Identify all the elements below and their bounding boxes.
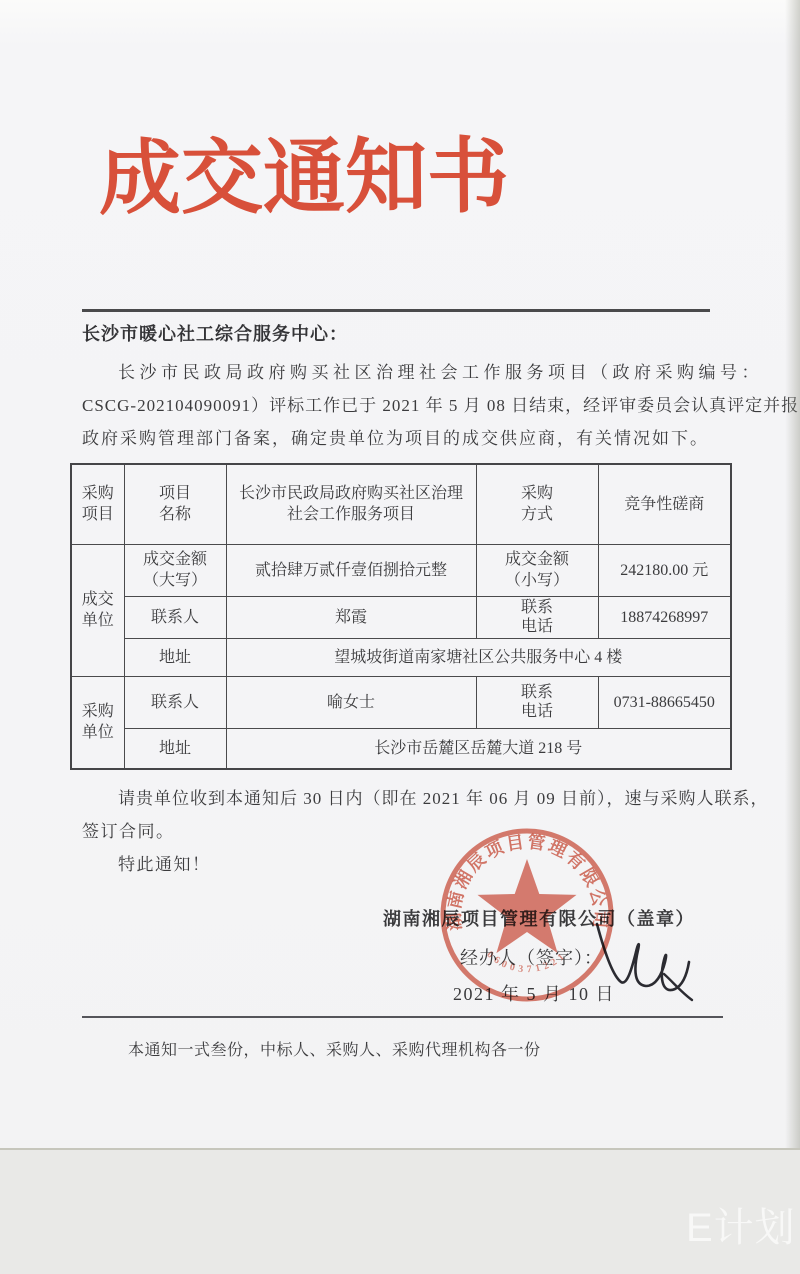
- seal-number-arc-text: 0600371221: [484, 949, 569, 975]
- table-row: 采购 单位 联系人 喻女士 联系 电话 0731-88665450: [71, 676, 731, 728]
- cell-winner-contact-label: 联系人: [124, 596, 226, 638]
- table-row: 采购 项目 项目 名称 长沙市民政局政府购买社区治理 社会工作服务项目 采购 方…: [71, 464, 731, 544]
- cell-purchaser-address-label: 地址: [124, 728, 226, 769]
- cell-purchaser-unit-group: 采购 单位: [71, 676, 124, 769]
- cell-winner-phone-label: 联系 电话: [476, 596, 598, 638]
- addressee-line: 长沙市暖心社工综合服务中心：: [82, 320, 348, 346]
- cell-project-name-label: 项目 名称: [124, 464, 226, 544]
- watermark-text: E计划: [686, 1196, 796, 1253]
- cell-purchaser-phone-label: 联系 电话: [476, 676, 598, 728]
- cell-amount-words-value: 贰拾肆万贰仟壹佰捌拾元整: [226, 544, 476, 596]
- cell-winner-address-value: 望城坡街道南家塘社区公共服务中心 4 楼: [226, 638, 731, 676]
- award-info-table: 采购 项目 项目 名称 长沙市民政局政府购买社区治理 社会工作服务项目 采购 方…: [70, 463, 732, 770]
- table-row: 联系人 郑霞 联系 电话 18874268997: [71, 596, 731, 638]
- seal-star-icon: [478, 859, 577, 953]
- cell-procurement-project-label: 采购 项目: [71, 464, 124, 544]
- scanned-page: 成交通知书 长沙市暖心社工综合服务中心： 长沙市民政局政府购买社区治理社会工作服…: [0, 0, 800, 1150]
- document-title: 成交通知书: [99, 132, 711, 223]
- cell-purchaser-contact-value: 喻女士: [226, 676, 476, 728]
- footer-note: 本通知一式叁份，中标人、采购人、采购代理机构各一份: [128, 1037, 541, 1060]
- cell-amount-figures-label: 成交金额 （小写）: [476, 544, 598, 596]
- cell-project-name-value: 长沙市民政局政府购买社区治理 社会工作服务项目: [226, 464, 476, 544]
- cell-procurement-method-value: 竞争性磋商: [598, 464, 731, 544]
- table-row: 地址 望城坡街道南家塘社区公共服务中心 4 楼: [71, 638, 731, 676]
- cell-purchaser-contact-label: 联系人: [124, 676, 226, 728]
- cell-winner-phone-value: 18874268997: [598, 596, 731, 638]
- svg-text:0600371221: 0600371221: [484, 949, 569, 975]
- body-line-3: 政府采购管理部门备案，确定贵单位为项目的成交供应商，有关情况如下。: [82, 428, 722, 450]
- table-row: 成交 单位 成交金额 （大写） 贰拾肆万贰仟壹佰捌拾元整 成交金额 （小写） 2…: [71, 544, 731, 596]
- cell-winning-unit-group: 成交 单位: [71, 544, 124, 676]
- title-divider: [82, 309, 710, 312]
- footer-divider: [82, 1016, 723, 1018]
- cell-purchaser-address-value: 长沙市岳麓区岳麓大道 218 号: [226, 728, 731, 769]
- cell-amount-words-label: 成交金额 （大写）: [124, 544, 226, 596]
- cell-procurement-method-label: 采购 方式: [476, 464, 598, 544]
- cell-purchaser-phone-value: 0731-88665450: [598, 676, 731, 728]
- cell-amount-figures-value: 242180.00 元: [598, 544, 731, 596]
- scan-edge-shadow: [785, 0, 800, 1148]
- table-row: 地址 长沙市岳麓区岳麓大道 218 号: [71, 728, 731, 769]
- company-seal: 湖南湘辰项目管理有限公司 0600371221: [412, 803, 652, 1028]
- body-line-1: 长沙市民政局政府购买社区治理社会工作服务项目（政府采购编号：: [82, 362, 758, 384]
- cell-winner-address-label: 地址: [124, 638, 226, 676]
- body-line-2: CSCG-202104090091）评标工作已于 2021 年 5 月 08 日…: [82, 395, 722, 417]
- cell-winner-contact-value: 郑霞: [226, 596, 476, 638]
